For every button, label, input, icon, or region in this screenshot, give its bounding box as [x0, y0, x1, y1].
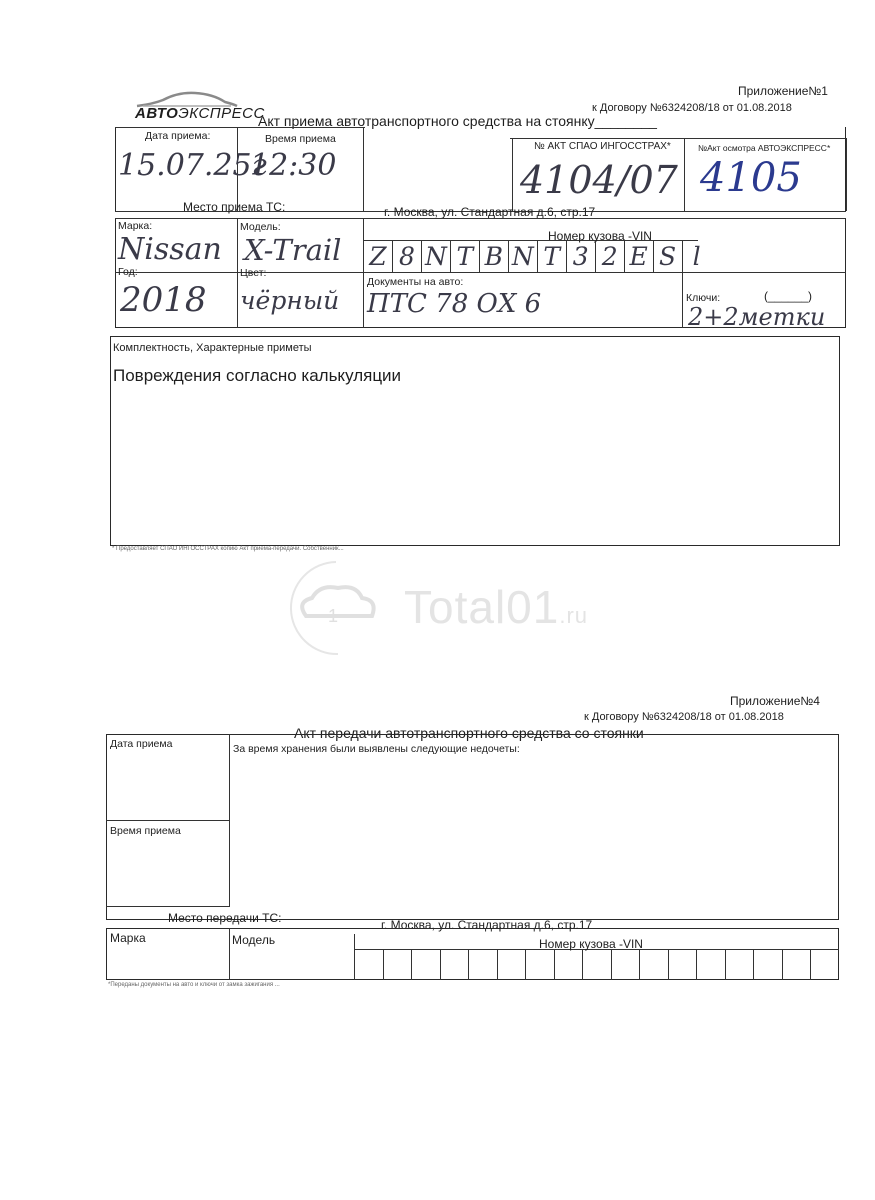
vin-char-cell[interactable]: B [479, 241, 508, 272]
watermark: 1 Total01.ru [286, 558, 596, 658]
vin-empty-cell[interactable] [611, 950, 640, 980]
act4-appendix: Приложение№4 [730, 694, 820, 708]
act4-date-field[interactable] [108, 752, 228, 818]
vin-char-cell[interactable]: N [421, 241, 450, 272]
act4-brand-field[interactable] [108, 946, 228, 978]
time-field[interactable]: 12:30 [250, 148, 336, 183]
act4-time-field[interactable] [108, 840, 228, 904]
vin-empty-cell[interactable] [497, 950, 526, 980]
act4-vin-label: Номер кузова -VIN [539, 937, 643, 951]
act4-vin-cells [354, 950, 839, 980]
docs-label: Документы на авто: [367, 276, 463, 288]
ingos-act-label: № АКТ СПАО ИНГОССТРАХ* [534, 141, 671, 152]
vin-empty-cell[interactable] [782, 950, 811, 980]
vin-char-cell[interactable]: 2 [595, 241, 624, 272]
vin-empty-cell[interactable] [725, 950, 754, 980]
logo-suffix: ЭКСПРЕСС [178, 105, 264, 122]
date-field[interactable]: 15.07.25г [118, 148, 267, 183]
vin-char-cell[interactable]: 8 [392, 241, 421, 272]
autoexpress-act-label: №Акт осмотра АВТОЭКСПРЕСС* [698, 143, 830, 153]
place-label: Место приема ТС: [183, 200, 285, 214]
act4-model-label: Модель [232, 933, 275, 947]
docs-field[interactable]: ПТС 78 ОХ 6 [367, 289, 541, 319]
equipment-field[interactable]: Повреждения согласно калькуляции [113, 366, 401, 386]
svg-text:1: 1 [328, 606, 338, 626]
act4-date-label: Дата приема [110, 738, 172, 750]
vin-empty-cell[interactable] [554, 950, 583, 980]
vin-cells: Z8NTBNT32ESl [363, 241, 699, 272]
act1-appendix: Приложение№1 [738, 84, 828, 98]
vin-empty-cell[interactable] [354, 950, 383, 980]
color-field[interactable]: чёрный [240, 286, 339, 315]
vin-empty-cell[interactable] [582, 950, 611, 980]
vin-char-cell[interactable]: N [508, 241, 537, 272]
act4-time-label: Время приема [110, 825, 181, 837]
act1-footnote: * Предоставляет СПАО ИНГОССТРАХ копию Ак… [112, 546, 344, 552]
year-label: Год: [118, 266, 138, 278]
place-value: г. Москва, ул. Стандартная д.6, стр.17 [384, 205, 595, 219]
keys-field[interactable]: 2+2метки [688, 303, 825, 331]
act4-place-label: Место передачи ТС: [168, 911, 281, 925]
vin-char-cell[interactable]: E [624, 241, 653, 272]
vin-empty-cell[interactable] [383, 950, 412, 980]
model-field[interactable]: X-Trail [244, 233, 341, 267]
vin-char-cell[interactable]: T [450, 241, 479, 272]
keys-blank: (______) [764, 289, 812, 303]
vin-empty-cell[interactable] [810, 950, 839, 980]
autoexpress-act-field[interactable]: 4105 [700, 155, 802, 201]
act4-brand-label: Марка [110, 931, 146, 945]
vin-char-cell[interactable]: Z [363, 241, 392, 272]
vin-empty-cell[interactable] [696, 950, 725, 980]
vin-empty-cell[interactable] [468, 950, 497, 980]
act4-model-field[interactable] [232, 948, 352, 978]
color-label: Цвет: [240, 267, 266, 279]
ingos-act-field[interactable]: 4104/07 [520, 158, 678, 202]
autoexpress-logo: АВТОЭКСПРЕСС [133, 90, 239, 126]
vin-char-cell[interactable]: S [653, 241, 682, 272]
act4-footnote: *Переданы документы на авто и ключи от з… [108, 982, 280, 988]
vin-empty-cell[interactable] [525, 950, 554, 980]
act4-contract-ref: к Договору №6324208/18 от 01.08.2018 [584, 711, 784, 723]
vin-empty-cell[interactable] [753, 950, 782, 980]
date-label: Дата приема: [145, 130, 210, 142]
defects-label: За время хранения были выявлены следующи… [233, 743, 520, 755]
vin-empty-cell[interactable] [639, 950, 668, 980]
car-cloud-logo-icon: 1 [286, 558, 396, 658]
equipment-label: Комплектность, Характерные приметы [113, 342, 312, 354]
vin-empty-cell[interactable] [411, 950, 440, 980]
vin-empty-cell[interactable] [440, 950, 469, 980]
year-field[interactable]: 2018 [120, 280, 207, 320]
vin-char-cell[interactable]: 3 [566, 241, 595, 272]
vin-char-cell[interactable]: l [682, 241, 711, 272]
brand-label: Марка: [118, 220, 152, 232]
vin-char-cell[interactable]: T [537, 241, 566, 272]
vin-empty-cell[interactable] [668, 950, 697, 980]
model-label: Модель: [240, 221, 281, 233]
time-label: Время приема [265, 133, 336, 145]
defects-field[interactable] [232, 758, 836, 916]
logo-prefix: АВТО [135, 105, 178, 122]
brand-field[interactable]: Nissan [118, 232, 222, 267]
